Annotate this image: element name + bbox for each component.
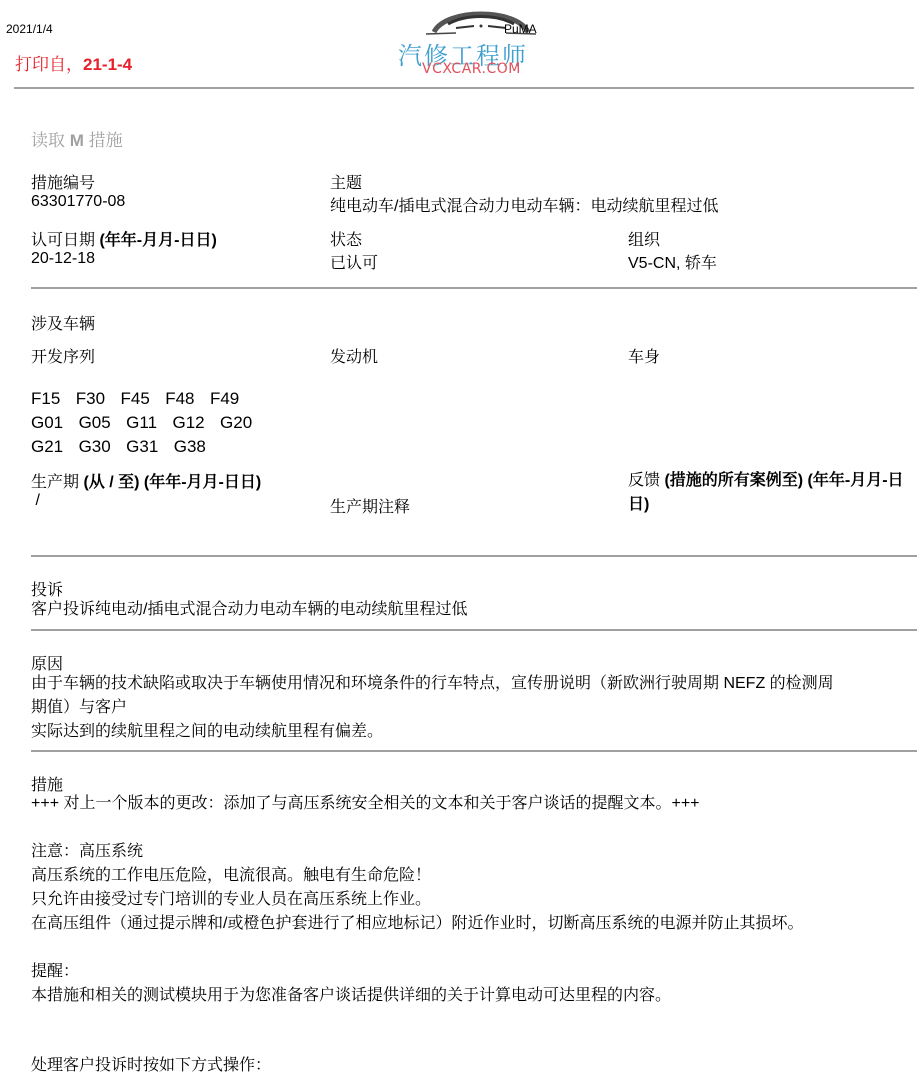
change-note: +++ 对上一个版本的更改：添加了与高压系统安全相关的文本和关于客户谈话的提醒文… — [31, 792, 700, 816]
series-line: F15 F30 F45 F48 F49 — [31, 387, 252, 411]
cause-line: 由于车辆的技术缺陷或取决于车辆使用情况和环境条件的行车特点，宣传册说明（新欧洲行… — [31, 672, 921, 696]
caution-line: 只允许由接受过专门培训的专业人员在高压系统上作业。 — [31, 888, 803, 912]
production-period-value: / — [31, 492, 40, 510]
caution-heading: 注意：高压系统 — [31, 840, 143, 864]
complaint-heading: 投诉 — [31, 577, 63, 600]
complaint-text: 客户投诉纯电动/插电式混合动力电动车辆的电动续航里程过低 — [31, 598, 467, 622]
reminder-text: 本措施和相关的测试模块用于为您准备客户谈话提供详细的关于计算电动可达里程的内容。 — [31, 984, 671, 1008]
title-prefix: 读取 — [31, 131, 70, 150]
procedure-heading: 处理客户投诉时按如下方式操作： — [31, 1054, 271, 1078]
cause-line: 实际达到的续航里程之间的电动续航里程有偏差。 — [31, 720, 921, 744]
production-period-label: 生产期 (从 / 至) (年年-月月-日日) — [31, 469, 261, 492]
subject-label: 主题 — [330, 170, 362, 193]
title-suffix: 措施 — [84, 131, 123, 150]
measure-number-label: 措施编号 — [31, 170, 95, 193]
divider-1 — [31, 287, 917, 289]
header-divider — [14, 87, 914, 89]
approval-date-label-format: (年年-月月-日日) — [99, 232, 216, 249]
cause-line: 期值）与客户 — [31, 696, 921, 720]
body-column-label: 车身 — [628, 344, 660, 367]
caution-text: 高压系统的工作电压危险，电流很高。触电有生命危险！ 只允许由接受过专门培训的专业… — [31, 864, 803, 936]
page-title: 读取 M 措施 — [31, 126, 123, 151]
feedback-label: 反馈 (措施的所有案例至) (年年-月月-日日) — [628, 469, 920, 517]
organization-label: 组织 — [628, 227, 660, 250]
status-label: 状态 — [330, 227, 362, 250]
measure-number-value: 63301770-08 — [31, 193, 125, 211]
cause-text: 由于车辆的技术缺陷或取决于车辆使用情况和环境条件的行车特点，宣传册说明（新欧洲行… — [31, 672, 921, 744]
printed-from-value: 21-1-4 — [83, 55, 132, 74]
series-column-label: 开发序列 — [31, 344, 95, 367]
production-period-label-format: (从 / 至) (年年-月月-日日) — [83, 474, 261, 491]
approval-date-label-main: 认可日期 — [31, 232, 99, 249]
approval-date-value: 20-12-18 — [31, 250, 95, 268]
cause-heading: 原因 — [31, 651, 63, 674]
puma-label: PuMA — [504, 22, 537, 36]
vehicles-heading: 涉及车辆 — [31, 311, 95, 334]
organization-value: V5-CN, 轿车 — [628, 250, 717, 273]
production-period-label-main: 生产期 — [31, 474, 83, 491]
feedback-label-main: 反馈 — [628, 472, 664, 489]
divider-3 — [31, 629, 917, 631]
divider-4 — [31, 750, 917, 752]
logo-en-text: VCXCAR.COM — [422, 61, 521, 77]
divider-2 — [31, 555, 917, 557]
series-line: G01 G05 G11 G12 G20 — [31, 411, 252, 435]
reminder-heading: 提醒： — [31, 960, 79, 984]
site-logo: PuMA 汽修工程师 VCXCAR.COM — [396, 0, 546, 78]
subject-value: 纯电动车/插电式混合动力电动车辆：电动续航里程过低 — [330, 193, 718, 216]
caution-line: 高压系统的工作电压危险，电流很高。触电有生命危险！ — [31, 864, 803, 888]
engine-column-label: 发动机 — [330, 344, 378, 367]
series-list: F15 F30 F45 F48 F49 G01 G05 G11 G12 G20 … — [31, 387, 252, 459]
printed-from: 打印自，21-1-4 — [15, 50, 132, 75]
caution-line: 在高压组件（通过提示牌和/或橙色护套进行了相应地标记）附近作业时，切断高压系统的… — [31, 912, 803, 936]
feedback-label-format: (措施的所有案例至) (年年-月月-日日) — [628, 472, 904, 513]
series-line: G21 G30 G31 G38 — [31, 435, 252, 459]
printed-from-label: 打印自， — [15, 55, 83, 74]
production-note-label: 生产期注释 — [330, 494, 410, 517]
status-value: 已认可 — [330, 250, 378, 273]
approval-date-label: 认可日期 (年年-月月-日日) — [31, 227, 217, 250]
title-bold: M — [70, 131, 84, 150]
print-date: 2021/1/4 — [6, 22, 53, 36]
